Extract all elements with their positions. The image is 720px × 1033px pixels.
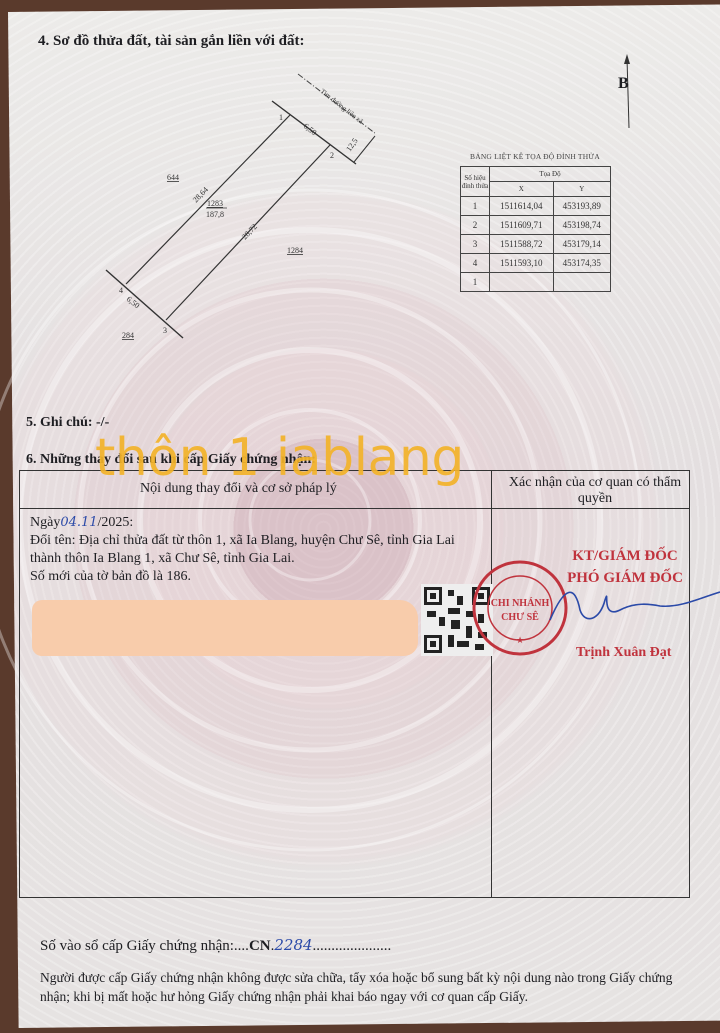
column-divider xyxy=(491,471,492,897)
map-sheet-text: Số mới của tờ bản đồ là 186. xyxy=(30,569,191,584)
coord-table: Số hiệu đỉnh thửa Tọa Độ X Y 11511614,04… xyxy=(460,166,611,292)
signature-title-line1: KT/GIÁM ĐỐC xyxy=(560,545,690,567)
overlay-caption: thôn 1 iablang xyxy=(95,428,464,488)
table-row: 31511588,72453179,14 xyxy=(461,235,611,254)
cell-vertex: 2 xyxy=(461,216,490,235)
svg-text:6,50: 6,50 xyxy=(125,294,142,310)
redaction-patch xyxy=(32,600,418,656)
certificate-number: Số vào sổ cấp Giấy chứng nhận:....CN.228… xyxy=(40,936,391,955)
handwritten-date: 04.11 xyxy=(60,515,97,530)
cell-x: 1511609,71 xyxy=(490,216,554,235)
coord-table-title: BẢNG LIỆT KÊ TỌA ĐỘ ĐỈNH THỬA xyxy=(470,152,600,161)
svg-text:12,5: 12,5 xyxy=(344,137,359,154)
svg-text:187,8: 187,8 xyxy=(206,210,224,219)
signer-name: Trịnh Xuân Đạt xyxy=(576,645,671,661)
cell-vertex: 4 xyxy=(461,254,490,273)
table-row: 41511593,10453174,35 xyxy=(461,254,611,273)
svg-text:28,72: 28,72 xyxy=(240,222,259,241)
handwritten-cert-number: 2284 xyxy=(274,936,312,954)
date-prefix: Ngày xyxy=(30,515,60,530)
confirmation-column-header: Xác nhận của cơ quan có thẩm quyền xyxy=(505,475,685,507)
header-divider xyxy=(20,508,689,509)
svg-text:3: 3 xyxy=(163,326,167,335)
signature-scribble xyxy=(540,580,720,630)
rename-text: Đổi tên: Địa chỉ thửa đất từ thôn 1, xã … xyxy=(30,533,455,566)
date-suffix: /2025: xyxy=(98,515,134,530)
svg-text:4: 4 xyxy=(119,286,123,295)
cert-number-label: Số vào sổ cấp Giấy chứng nhận:.... xyxy=(40,938,249,954)
svg-text:1284: 1284 xyxy=(287,246,303,255)
svg-text:2: 2 xyxy=(330,151,334,160)
parcel-diagram: Tim đường liên xã 1 2 3 4 6,50 12,5 28,6… xyxy=(0,0,720,360)
cell-y: 453193,89 xyxy=(553,197,610,216)
cell-y: 453179,14 xyxy=(553,235,610,254)
svg-text:644: 644 xyxy=(167,173,179,182)
col-x-header: X xyxy=(490,182,554,197)
svg-text:6,50: 6,50 xyxy=(302,121,319,137)
svg-text:Tim đường liên xã: Tim đường liên xã xyxy=(319,87,365,126)
svg-text:★: ★ xyxy=(516,635,524,645)
col-y-header: Y xyxy=(553,182,610,197)
cert-prefix: CN xyxy=(249,938,271,954)
table-row: 1 xyxy=(461,273,611,292)
cell-x: 1511614,04 xyxy=(490,197,554,216)
change-entry: Ngày04.11/2025: Đổi tên: Địa chỉ thửa đấ… xyxy=(30,514,480,586)
cell-x: 1511588,72 xyxy=(490,235,554,254)
col-group-header: Tọa Độ xyxy=(490,167,611,182)
svg-text:1: 1 xyxy=(279,113,283,122)
cell-vertex: 1 xyxy=(461,273,490,292)
svg-text:CHƯ SÊ: CHƯ SÊ xyxy=(501,611,539,623)
cell-vertex: 3 xyxy=(461,235,490,254)
col-vertex-header: Số hiệu đỉnh thửa xyxy=(461,167,490,197)
table-row: 11511614,04453193,89 xyxy=(461,197,611,216)
cell-x: 1511593,10 xyxy=(490,254,554,273)
north-arrow-label: B xyxy=(618,75,629,93)
cell-y: 453174,35 xyxy=(553,254,610,273)
cell-vertex: 1 xyxy=(461,197,490,216)
cell-x xyxy=(490,273,554,292)
svg-text:284: 284 xyxy=(122,331,134,340)
changes-table: Nội dung thay đổi và cơ sở pháp lý Xác n… xyxy=(19,470,690,898)
warning-notice: Người được cấp Giấy chứng nhận không đượ… xyxy=(40,968,680,1006)
cell-y xyxy=(553,273,610,292)
svg-text:1283: 1283 xyxy=(207,199,223,208)
cell-y: 453198,74 xyxy=(553,216,610,235)
table-row: 21511609,71453198,74 xyxy=(461,216,611,235)
